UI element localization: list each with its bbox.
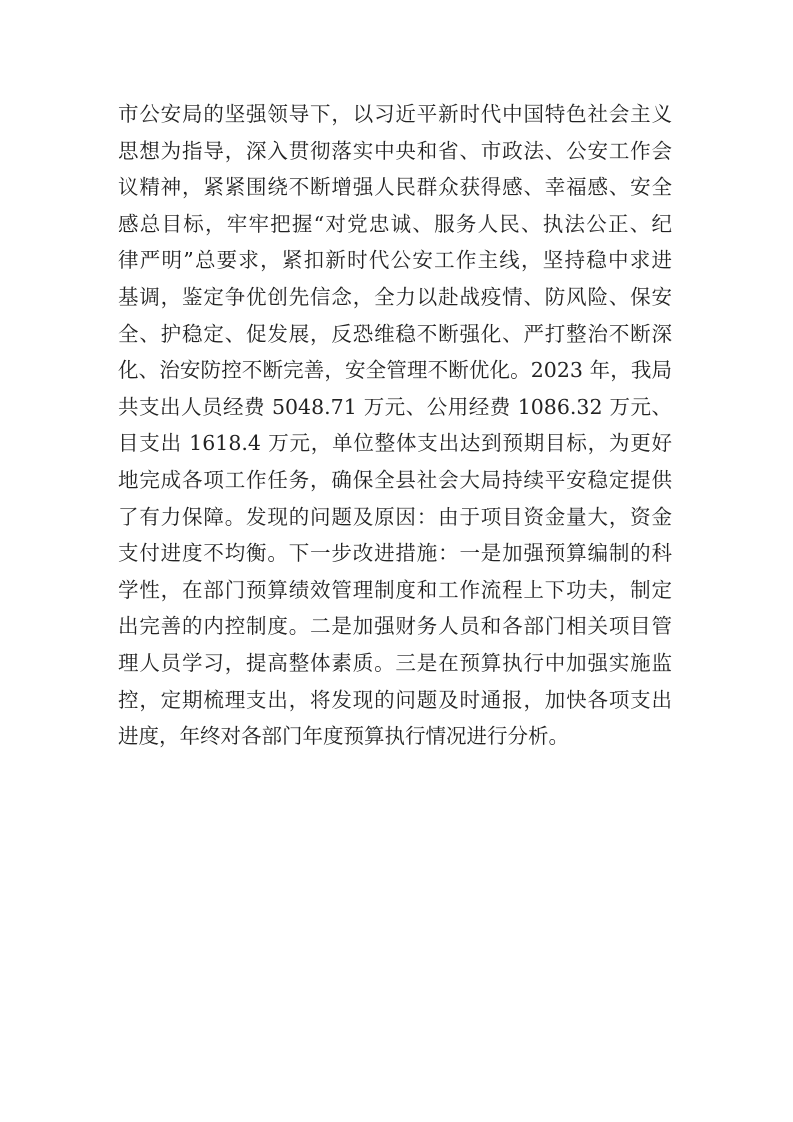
- text-line: 化、治安防控不断完善，安全管理不断优化。2023 年，我局: [118, 352, 672, 389]
- text-line: 全、护稳定、促发展，反恐维稳不断强化、严打整治不断深: [118, 316, 672, 353]
- text-line: 控，定期梳理支出，将发现的问题及时通报，加快各项支出: [118, 682, 672, 719]
- text-line: 共支出人员经费 5048.71 万元、公用经费 1086.32 万元、项: [118, 389, 672, 426]
- text-line: 律严明”总要求，紧扣新时代公安工作主线，坚持稳中求进: [118, 242, 672, 279]
- text-line: 议精神，紧紧围绕不断增强人民群众获得感、幸福感、安全: [118, 169, 672, 206]
- text-line: 地完成各项工作任务，确保全县社会大局持续平安稳定提供: [118, 462, 672, 499]
- text-line: 进度，年终对各部门年度预算执行情况进行分析。: [118, 718, 672, 755]
- text-line: 基调，鉴定争优创先信念，全力以赴战疫情、防风险、保安: [118, 279, 672, 316]
- paragraph-text: 市公安局的坚强领导下，以习近平新时代中国特色社会主义 思想为指导，深入贯彻落实中…: [118, 96, 672, 755]
- document-page: 市公安局的坚强领导下，以习近平新时代中国特色社会主义 思想为指导，深入贯彻落实中…: [0, 0, 793, 1122]
- text-line: 理人员学习，提高整体素质。三是在预算执行中加强实施监: [118, 645, 672, 682]
- text-line: 目支出 1618.4 万元，单位整体支出达到预期目标，为更好: [118, 425, 672, 462]
- text-line: 学性，在部门预算绩效管理制度和工作流程上下功夫，制定: [118, 572, 672, 609]
- text-line: 感总目标，牢牢把握“对党忠诚、服务人民、执法公正、纪: [118, 206, 672, 243]
- text-line: 支付进度不均衡。下一步改进措施：一是加强预算编制的科: [118, 535, 672, 572]
- text-line: 了有力保障。发现的问题及原因：由于项目资金量大，资金: [118, 499, 672, 536]
- text-line: 思想为指导，深入贯彻落实中央和省、市政法、公安工作会: [118, 133, 672, 170]
- text-line: 出完善的内控制度。二是加强财务人员和各部门相关项目管: [118, 608, 672, 645]
- text-line: 市公安局的坚强领导下，以习近平新时代中国特色社会主义: [118, 96, 672, 133]
